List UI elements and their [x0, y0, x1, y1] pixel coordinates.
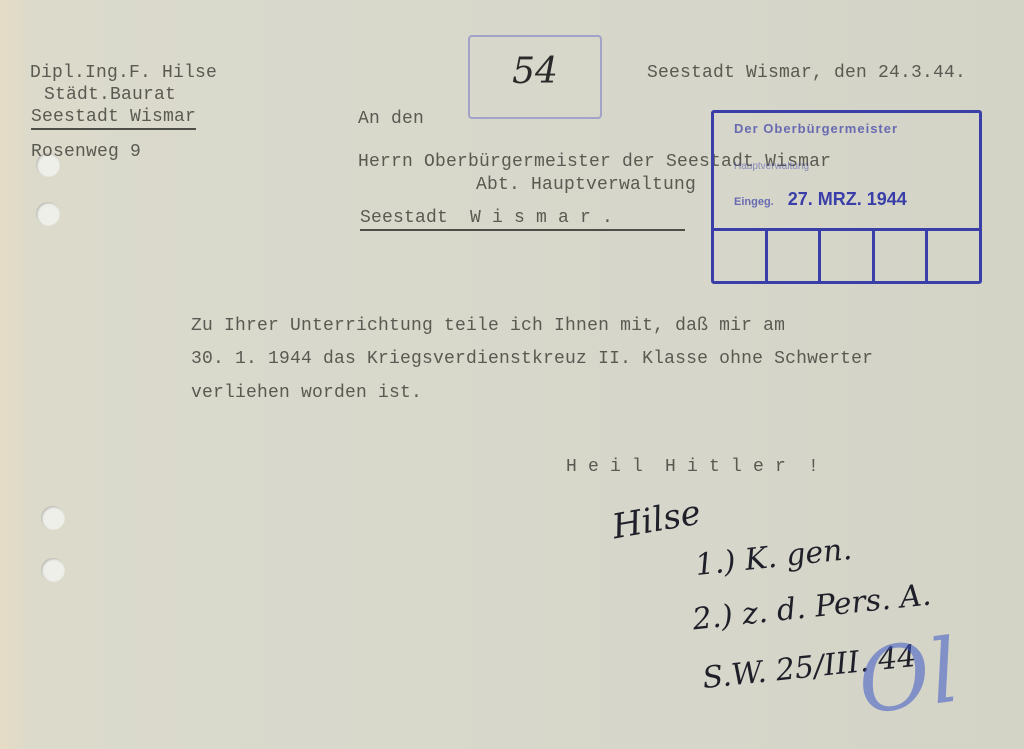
stamp-cell [928, 231, 979, 281]
stamp-header: Der Oberbürgermeister [734, 121, 898, 136]
file-number-box: 54 [468, 35, 602, 119]
stamp-date: 27. MRZ. 1944 [788, 189, 907, 209]
stamp-subheader: Hauptverwaltung [734, 161, 809, 172]
recipient-salutation: An den [358, 109, 424, 129]
sender-street: Rosenweg 9 [31, 142, 141, 162]
closing: H e i l H i t l e r ! [566, 457, 819, 477]
recipient-line2: Abt. Hauptverwaltung [476, 175, 696, 195]
stamp-date-row: Eingeg.27. MRZ. 1944 [734, 189, 907, 210]
stamp-cell [875, 231, 929, 281]
stamp-cell [768, 231, 822, 281]
received-stamp: Der Oberbürgermeister Hauptverwaltung Ei… [711, 110, 982, 284]
sender-title: Städt.Baurat [44, 85, 176, 105]
punch-hole [41, 558, 65, 582]
body-line-2: 30. 1. 1944 das Kriegsverdienstkreuz II.… [191, 349, 873, 369]
place-date: Seestadt Wismar, den 24.3.44. [647, 63, 966, 83]
punch-hole [41, 506, 65, 530]
body-line-3: verliehen worden ist. [191, 383, 422, 403]
punch-hole [36, 202, 60, 226]
stamp-cells [714, 228, 979, 281]
sender-city: Seestadt Wismar [31, 107, 196, 130]
stamp-prefix: Eingeg. [734, 196, 774, 208]
sender-name: Dipl.Ing.F. Hilse [30, 63, 217, 83]
recipient-city: Seestadt W i s m a r . [360, 208, 685, 231]
signature: Hilse [609, 493, 704, 548]
reviewer-initial: Ol [851, 619, 965, 735]
annotation-1: 1.) K. gen. [694, 532, 854, 583]
stamp-cell [714, 231, 768, 281]
file-number: 54 [470, 51, 600, 92]
body-line-1: Zu Ihrer Unterrichtung teile ich Ihnen m… [191, 316, 785, 336]
stamp-cell [821, 231, 875, 281]
